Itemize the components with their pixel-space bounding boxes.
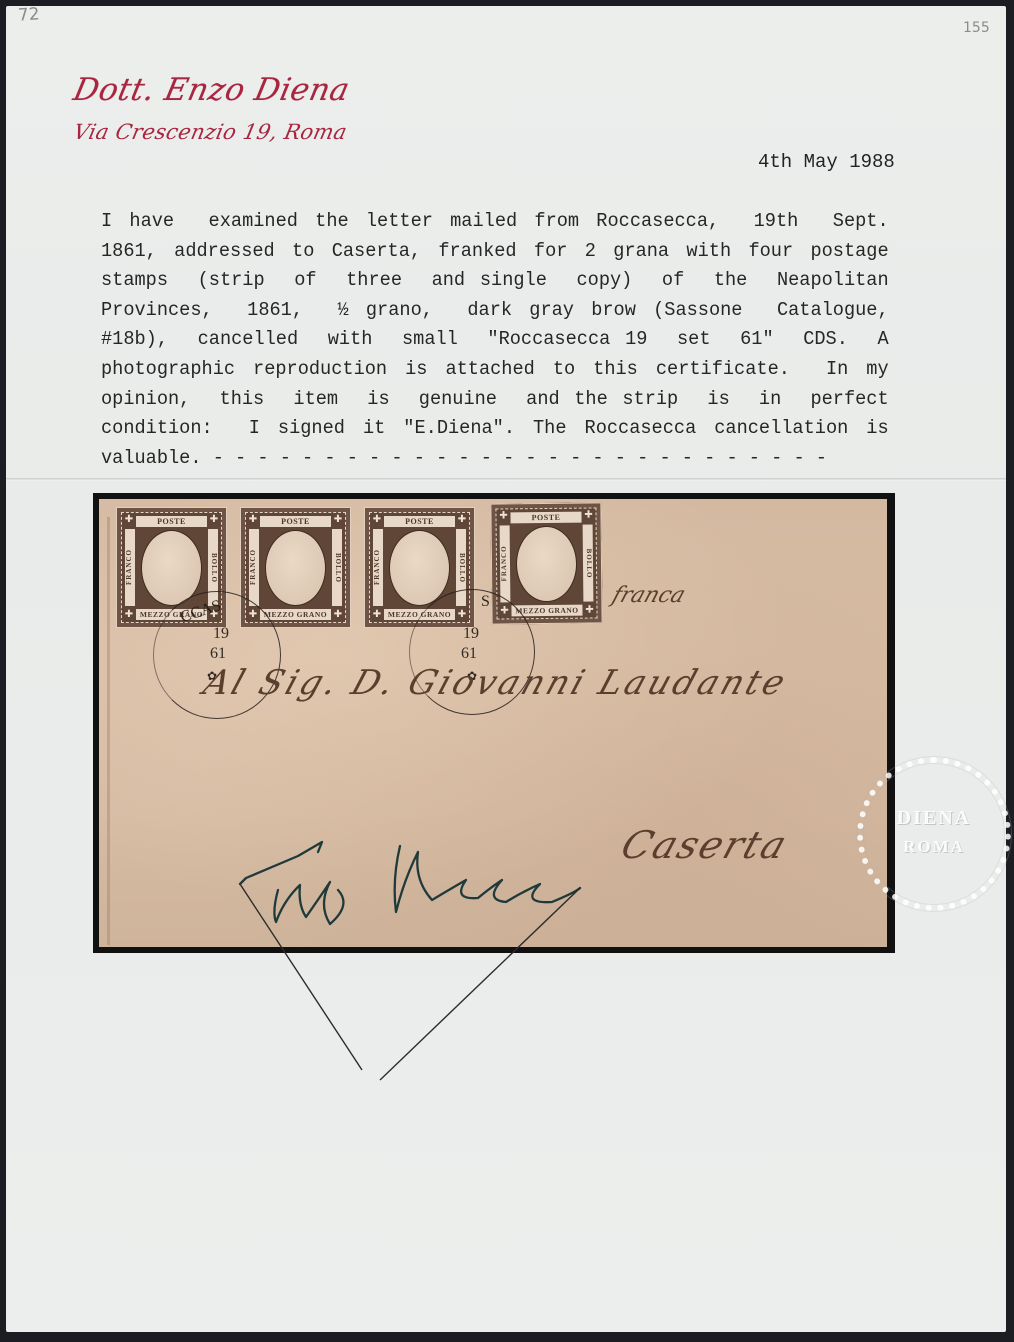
- postmark-2-town: S: [481, 593, 490, 611]
- embossed-diena-seal: DIENA ROMA: [857, 757, 1011, 911]
- stamp-top-label: POSTE: [260, 516, 331, 527]
- postmark-1-day: 19: [213, 625, 229, 643]
- body-line: valuable. - - - - - - - - - - - - - - - …: [101, 444, 889, 474]
- stamp-oval: [516, 526, 578, 603]
- stamp-left-label: FRANCO: [500, 525, 511, 602]
- seal-line-2: ROMA: [863, 837, 1005, 857]
- stamp-right-label: BOLLO: [332, 529, 342, 606]
- body-line: #18b), cancelled with small "Roccasecca …: [101, 325, 889, 355]
- handwriting-destination: Caserta: [616, 823, 794, 867]
- stamp-left-label: FRANCO: [373, 529, 383, 606]
- cross-icon: ✚: [124, 610, 134, 620]
- cross-icon: ✚: [457, 515, 467, 525]
- certificate-body: I have examined the letter mailed from R…: [101, 207, 889, 473]
- postmark-2-day: 19: [463, 625, 479, 643]
- pencil-note-top-right: 155: [963, 20, 990, 36]
- letterhead: Dott. Enzo Diena Via Crescenzio 19, Roma: [74, 72, 349, 144]
- stamp-left-label: FRANCO: [125, 529, 135, 606]
- stamp-top-label: POSTE: [384, 516, 455, 527]
- cross-icon: ✚: [209, 515, 219, 525]
- cross-icon: ✚: [333, 610, 343, 620]
- stamp-left-label: FRANCO: [249, 529, 259, 606]
- stamp-top-label: POSTE: [136, 516, 207, 527]
- stamp-oval: [389, 530, 450, 606]
- cross-icon: ✚: [124, 515, 134, 525]
- stamp-bottom-label: MEZZO GRANO: [260, 609, 331, 620]
- letterhead-address: Via Crescenzio 19, Roma: [71, 120, 351, 144]
- body-line: I have examined the letter mailed from R…: [101, 207, 889, 237]
- stamp-oval: [265, 530, 326, 606]
- letterhead-name: Dott. Enzo Diena: [70, 72, 353, 108]
- certificate-date: 4th May 1988: [758, 151, 895, 173]
- cross-icon: ✚: [372, 610, 382, 620]
- body-line: photographic reproduction is attached to…: [101, 355, 889, 385]
- stamp-top-label: POSTE: [510, 512, 581, 524]
- pencil-note-top-left: 72: [17, 4, 40, 25]
- body-line: Provinces, 1861, ½ grano, dark gray brow…: [101, 296, 889, 326]
- handwriting-addressee: Al Sig. D. Giovanni Laudante: [199, 663, 793, 703]
- cross-icon: ✚: [498, 511, 508, 521]
- body-line: condition: I signed it "E.Diena". The Ro…: [101, 414, 889, 444]
- cross-icon: ✚: [583, 511, 593, 521]
- cover-photograph: POSTE FRANCO BOLLO MEZZO GRANO ✚ ✚ ✚ ✚ P…: [93, 493, 895, 953]
- body-line: stamps (strip of three and single copy) …: [101, 266, 889, 296]
- envelope-edge: [107, 517, 110, 945]
- cross-icon: ✚: [333, 515, 343, 525]
- cross-icon: ✚: [372, 515, 382, 525]
- body-line: opinion, this item is genuine and the st…: [101, 385, 889, 415]
- postmark-1-year: 61: [210, 645, 226, 663]
- cross-icon: ✚: [248, 515, 258, 525]
- body-line: 1861, addressed to Caserta, franked for …: [101, 237, 889, 267]
- stamp-right-label: BOLLO: [583, 525, 594, 602]
- paper-fold: [6, 478, 1006, 481]
- cross-icon: ✚: [584, 606, 594, 616]
- handwriting-franca: franca: [609, 583, 689, 608]
- seal-line-1: DIENA: [863, 807, 1005, 830]
- postmark-2-year: 61: [461, 645, 477, 663]
